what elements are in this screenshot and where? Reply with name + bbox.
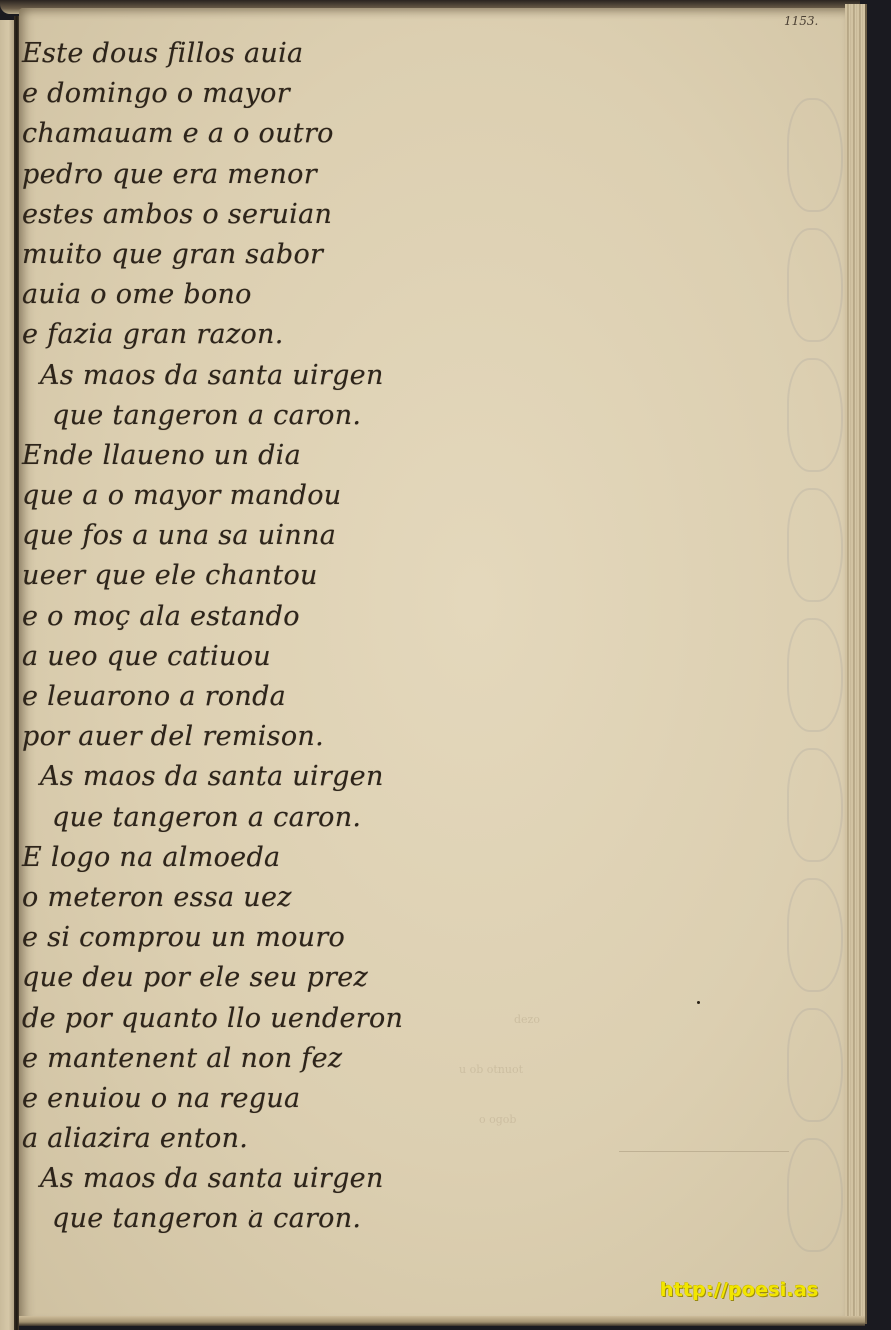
verse-line: e domingo o mayor (22, 74, 522, 114)
refrain-line: As maos da santa uirgen (22, 757, 522, 797)
verse-line: Ende llaueno un dia (22, 436, 522, 476)
page-stack-edges (845, 4, 867, 1324)
ink-spot (697, 1001, 700, 1004)
refrain-line: As maos da santa uirgen (22, 1159, 522, 1199)
verse-line: que fos a una sa uinna (22, 516, 522, 556)
verse-line: que a o mayor mandou (22, 476, 522, 516)
page-bottom-edge (19, 1316, 865, 1326)
verse-line: E logo na almoeda (22, 838, 522, 878)
verse-line: muito que gran sabor (22, 235, 522, 275)
verse-line: e fazia gran razon. (22, 315, 522, 355)
manuscript-text: Este dous fillos auia e domingo o mayor … (22, 34, 522, 1240)
verse-line: pedro que era menor (22, 155, 522, 195)
verse-line: estes ambos o seruian (22, 195, 522, 235)
verse-line: por auer del remison. (22, 717, 522, 757)
verse-line: e leuarono a ronda (22, 677, 522, 717)
verse-line: e o moç ala estando (22, 597, 522, 637)
verse-line: a aliazira enton. (22, 1119, 522, 1159)
verse-line: e mantenent al non fez (22, 1039, 522, 1079)
scanned-page-image: dezo u ob otnuot o ogob 1153. Este dous … (0, 0, 891, 1330)
verse-line: e si comprou un mouro (22, 918, 522, 958)
verse-line: chamauam e a o outro (22, 114, 522, 154)
folio-number: 1153. (784, 14, 818, 28)
verse-line: e enuiou o na regua (22, 1079, 522, 1119)
refrain-line: As maos da santa uirgen (22, 356, 522, 396)
verse-line: a ueo que catiuou (22, 637, 522, 677)
facing-page-edge (0, 20, 14, 1330)
verse-line: o meteron essa uez (22, 878, 522, 918)
refrain-line: que tangeron a caron. (22, 1199, 522, 1239)
verse-line: ueer que ele chantou (22, 556, 522, 596)
faint-rule (619, 1151, 789, 1152)
site-watermark-link[interactable]: http://poesi.as (660, 1279, 818, 1301)
verse-line: de por quanto llo uenderon (22, 999, 522, 1039)
paper-watermark-pattern (779, 98, 849, 1298)
verse-line: auia o ome bono (22, 275, 522, 315)
verse-line: Este dous fillos auia (22, 34, 522, 74)
refrain-line: que tangeron a caron. (22, 396, 522, 436)
verse-line: que deu por ele seu prez (22, 958, 522, 998)
refrain-line: que tangeron a caron. (22, 798, 522, 838)
